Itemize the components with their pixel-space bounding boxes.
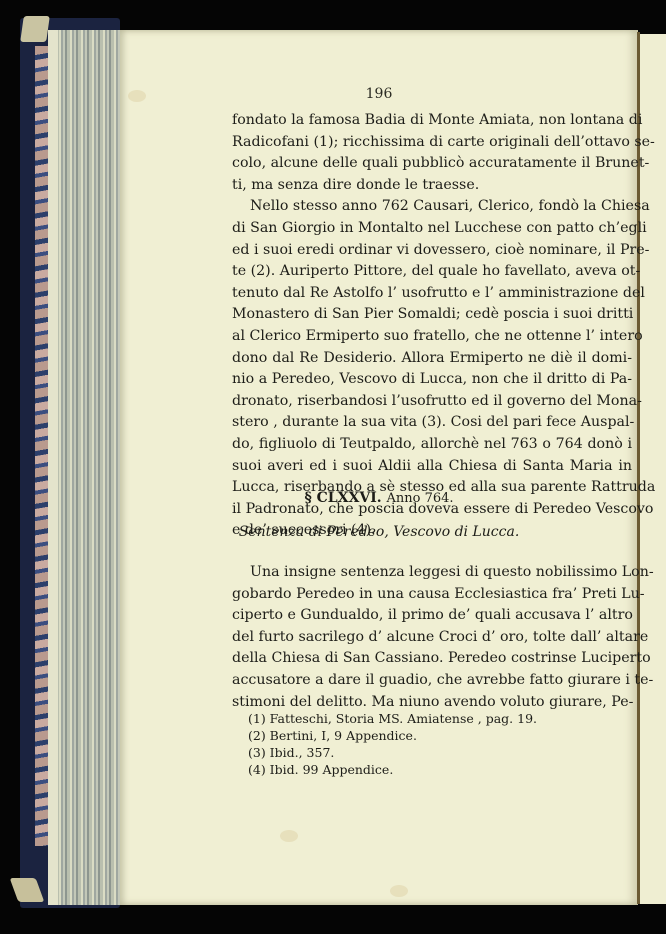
- page-block-edges: [48, 30, 121, 905]
- text-line: tenuto dal Re Astolfo l’ usofrutto e l’ …: [232, 283, 632, 305]
- body-text-bottom: Una insigne sentenza leggesi di questo n…: [232, 562, 632, 713]
- text-line: del furto sacrilego d’ alcune Croci d’ o…: [232, 627, 632, 649]
- paragraph-1: fondato la famosa Badia di Monte Amiata,…: [232, 110, 632, 196]
- section-number: CLXXVI.: [317, 490, 382, 506]
- cover-corner-top: [20, 16, 50, 42]
- text-line: accusatore a dare il guadio, che avrebbe…: [232, 670, 632, 692]
- footnote-2: (2) Bertini, I, 9 Appendice.: [248, 727, 537, 744]
- text-line: colo, alcune delle quali pubblicò accura…: [232, 153, 632, 175]
- text-line: dono dal Re Desiderio. Allora Ermiperto …: [232, 348, 632, 370]
- text-line: di San Giorgio in Montalto nel Lucchese …: [232, 218, 632, 240]
- text-line: te (2). Auriperto Pittore, del quale ho …: [232, 261, 632, 283]
- text-line: ed i suoi eredi ordinar vi dovessero, ci…: [232, 240, 632, 262]
- foxing-spot: [280, 830, 298, 842]
- footnote-3: (3) Ibid., 357.: [248, 744, 537, 761]
- footnotes: (1) Fatteschi, Storia MS. Amiatense , pa…: [248, 710, 537, 778]
- body-text-top: fondato la famosa Badia di Monte Amiata,…: [232, 110, 632, 542]
- section-heading: § CLXXVI. Anno 764.: [120, 490, 638, 506]
- text-line: suoi averi ed i suoi Aldii alla Chiesa d…: [232, 456, 632, 478]
- text-line: ciperto e Gundualdo, il primo de’ quali …: [232, 605, 632, 627]
- foxing-spot: [390, 885, 408, 897]
- text-line: Una insigne sentenza leggesi di questo n…: [232, 562, 632, 584]
- text-line: nio a Peredeo, Vescovo di Lucca, non che…: [232, 369, 632, 391]
- section-year: Anno 764.: [387, 491, 454, 506]
- text-line: della Chiesa di San Cassiano. Peredeo co…: [232, 648, 632, 670]
- text-line: Monastero di San Pier Somaldi; cedè posc…: [232, 304, 632, 326]
- text-line: stero , durante la sua vita (3). Cosi de…: [232, 412, 632, 434]
- paragraph-3: Una insigne sentenza leggesi di questo n…: [232, 562, 632, 713]
- text-line: do, figliuolo di Teutpaldo, allorchè nel…: [232, 434, 632, 456]
- text-line: gobardo Peredeo in una causa Ecclesiasti…: [232, 584, 632, 606]
- text-line: Radicofani (1); ricchissima di carte ori…: [232, 132, 632, 154]
- footnote-1: (1) Fatteschi, Storia MS. Amiatense , pa…: [248, 710, 537, 727]
- footnote-4: (4) Ibid. 99 Appendice.: [248, 761, 537, 778]
- page-number: 196: [120, 86, 638, 102]
- text-line: al Clerico Ermiperto suo fratello, che n…: [232, 326, 632, 348]
- text-line: fondato la famosa Badia di Monte Amiata,…: [232, 110, 632, 132]
- section-subtitle: Sentenza di Peredeo, Vescovo di Lucca.: [120, 524, 638, 540]
- text-line: ti, ma senza dire donde le traesse.: [232, 175, 632, 197]
- marbled-endpaper: [35, 46, 48, 846]
- section-symbol: §: [304, 490, 311, 506]
- text-line: Nello stesso anno 762 Causari, Clerico, …: [232, 196, 632, 218]
- text-line: dronato, riserbandosi l’usofrutto ed il …: [232, 391, 632, 413]
